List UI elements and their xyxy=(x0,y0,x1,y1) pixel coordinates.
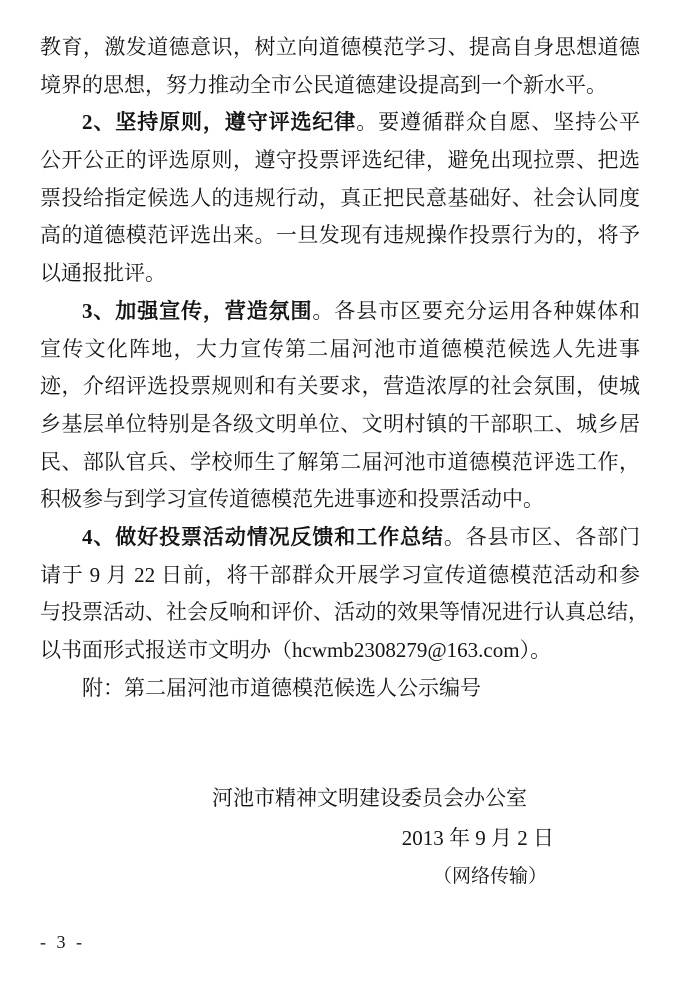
paragraph-lead: 2、坚持原则，遵守评选纪律 xyxy=(82,110,356,134)
line-text: 宣传文化阵地，大力宣传第二届河池市道德模范候选人先进事 xyxy=(40,337,640,361)
line-text: 以书面形式报送市文明办（hcwmb2308279@163.com）。 xyxy=(40,638,551,662)
line-text: 附：第二届河池市道德模范候选人公示编号 xyxy=(82,676,481,700)
body-line: 附：第二届河池市道德模范候选人公示编号 xyxy=(40,670,640,708)
page-number: - 3 - xyxy=(40,932,85,953)
body-line: 与投票活动、社会反响和评价、活动的效果等情况进行认真总结， xyxy=(40,594,640,632)
line-text: 高的道德模范评选出来。一旦发现有违规操作投票行为的，将予 xyxy=(40,223,640,247)
transmission-note: （网络传输） xyxy=(0,861,547,888)
body-line: 迹，介绍评选投票规则和有关要求，营造浓厚的社会氛围，使城 xyxy=(40,368,640,406)
paragraph-lead: 3、加强宣传，营造氛围 xyxy=(82,299,312,323)
line-text: 迹，介绍评选投票规则和有关要求，营造浓厚的社会氛围，使城 xyxy=(40,374,640,398)
document-page: 教育，激发道德意识，树立向道德模范学习、提高自身思想道德 境界的思想，努力推动全… xyxy=(0,0,680,997)
line-text: 票投给指定候选人的违规行动，真正把民意基础好、社会认同度 xyxy=(40,186,640,210)
body-line: 境界的思想，努力推动全市公民道德建设提高到一个新水平。 xyxy=(40,67,640,105)
body-line: 公开公正的评选原则，遵守投票评选纪律，避免出现拉票、把选 xyxy=(40,142,640,180)
body-line: 2、坚持原则，遵守评选纪律。要遵循群众自愿、坚持公平 xyxy=(40,104,640,142)
line-text: 以通报批评。 xyxy=(40,261,166,285)
body-line: 以书面形式报送市文明办（hcwmb2308279@163.com）。 xyxy=(40,632,640,670)
document-body: 教育，激发道德意识，树立向道德模范学习、提高自身思想道德 境界的思想，努力推动全… xyxy=(40,29,640,707)
body-line: 民、部队官兵、学校师生了解第二届河池市道德模范评选工作， xyxy=(40,444,640,482)
line-text: 。要遵循群众自愿、坚持公平 xyxy=(356,110,640,134)
body-line: 3、加强宣传，营造氛围。各县市区要充分运用各种媒体和 xyxy=(40,293,640,331)
line-text: 与投票活动、社会反响和评价、活动的效果等情况进行认真总结， xyxy=(40,600,649,624)
line-text: 教育，激发道德意识，树立向道德模范学习、提高自身思想道德 xyxy=(40,35,640,59)
body-line: 积极参与到学习宣传道德模范先进事迹和投票活动中。 xyxy=(40,481,640,519)
line-text: 公开公正的评选原则，遵守投票评选纪律，避免出现拉票、把选 xyxy=(40,148,640,172)
line-text: 。各县市区要充分运用各种媒体和 xyxy=(312,299,640,323)
body-line: 乡基层单位特别是各级文明单位、文明村镇的干部职工、城乡居 xyxy=(40,406,640,444)
line-text: 。各县市区、各部门 xyxy=(444,525,640,549)
body-line: 请于 9 月 22 日前，将干部群众开展学习宣传道德模范活动和参 xyxy=(40,557,640,595)
body-line: 4、做好投票活动情况反馈和工作总结。各县市区、各部门 xyxy=(40,519,640,557)
line-text: 民、部队官兵、学校师生了解第二届河池市道德模范评选工作， xyxy=(40,450,640,474)
line-text: 积极参与到学习宣传道德模范先进事迹和投票活动中。 xyxy=(40,487,544,511)
body-line: 票投给指定候选人的违规行动，真正把民意基础好、社会认同度 xyxy=(40,180,640,218)
line-text: 乡基层单位特别是各级文明单位、文明村镇的干部职工、城乡居 xyxy=(40,412,640,436)
body-line: 宣传文化阵地，大力宣传第二届河池市道德模范候选人先进事 xyxy=(40,331,640,369)
line-text: 请于 9 月 22 日前，将干部群众开展学习宣传道德模范活动和参 xyxy=(40,563,640,587)
body-line: 高的道德模范评选出来。一旦发现有违规操作投票行为的，将予 xyxy=(40,217,640,255)
body-line: 以通报批评。 xyxy=(40,255,640,293)
paragraph-lead: 4、做好投票活动情况反馈和工作总结 xyxy=(82,525,444,549)
signature-date: 2013 年 9 月 2 日 xyxy=(0,822,554,852)
signature-organization: 河池市精神文明建设委员会办公室 xyxy=(0,782,527,812)
line-text: 境界的思想，努力推动全市公民道德建设提高到一个新水平。 xyxy=(40,73,607,97)
body-line: 教育，激发道德意识，树立向道德模范学习、提高自身思想道德 xyxy=(40,29,640,67)
